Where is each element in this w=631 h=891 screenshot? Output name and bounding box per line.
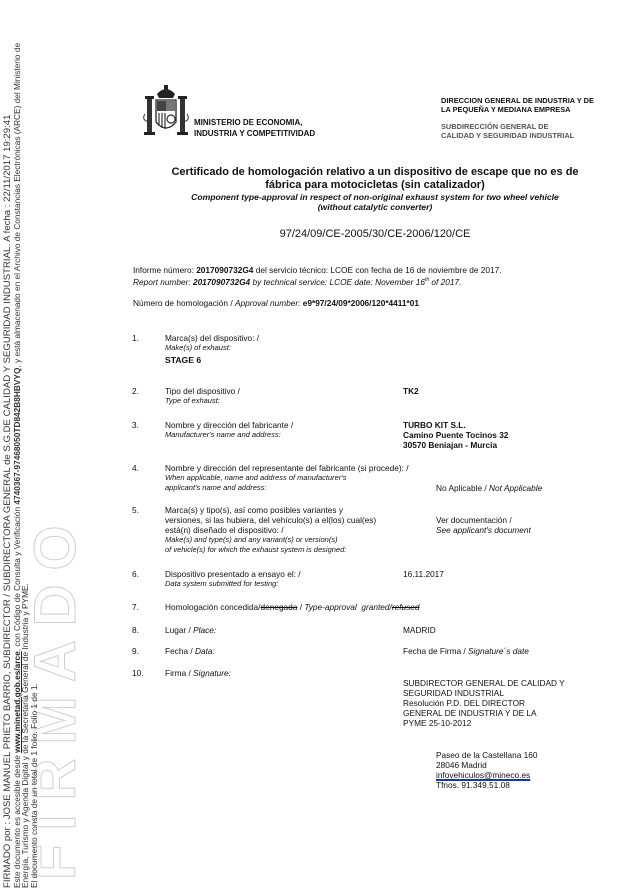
- approval-number: Número de homologación / Approval number…: [133, 298, 419, 308]
- address-line-1: Paseo de la Castellana 160: [436, 750, 537, 760]
- certificate-title-es: Certificado de homologación relativo a u…: [140, 166, 610, 192]
- signature-margin: FIRMADO FIRMADO por : JOSE MANUEL PRIETO…: [0, 0, 70, 891]
- sub-directorate: SUBDIRECCIÓN GENERAL DE CALIDAD Y SEGURI…: [441, 122, 574, 140]
- date-value: Fecha de Firma / Signature´s date: [403, 646, 529, 656]
- type-value: TK2: [403, 386, 419, 396]
- report-info: Informe número: 2017090732G4 del servici…: [133, 265, 502, 287]
- approval-number-value: e9*97/24/09*2006/120*4411*01: [303, 298, 419, 308]
- report-line-es: Informe número: 2017090732G4 del servici…: [133, 265, 502, 275]
- directorate-general: DIRECCION GENERAL DE INDUSTRIA Y DE LA P…: [441, 96, 594, 114]
- folio-line: El documento consta de un total de 1 fol…: [30, 43, 38, 888]
- test-date-value: 16.11.2017: [403, 569, 444, 579]
- coat-of-arms-icon: [143, 84, 189, 140]
- address-line-2: 28046 Madrid: [436, 760, 537, 770]
- report-line-en: Report number: 2017090732G4 by technical…: [133, 275, 502, 287]
- contact-block: Paseo de la Castellana 160 28046 Madrid …: [436, 750, 537, 790]
- vehicles-value: Ver documentación / See applicant's docu…: [436, 515, 531, 535]
- place-value: MADRID: [403, 625, 436, 635]
- signature-text: FIRMADO por : JOSE MANUEL PRIETO BARRIO,…: [3, 43, 38, 888]
- email-link[interactable]: infovehiculos@mineco.es: [436, 770, 537, 780]
- verification-code: 4740367-97468050TD842B8HBVYQ: [12, 368, 22, 505]
- make-value: STAGE 6: [165, 355, 259, 365]
- directive-reference: 97/24/09/CE-2005/30/CE-2006/120/CE: [140, 228, 610, 241]
- ministry-name: MINISTERIO DE ECONOMIA, INDUSTRIA Y COMP…: [194, 117, 315, 139]
- manufacturer-value: TURBO KIT S.L. Camino Puente Tocinos 32 …: [403, 420, 508, 450]
- signer-block: SUBDIRECTOR GENERAL DE CALIDAD Y SEGURID…: [403, 678, 565, 728]
- representative-value: No Aplicable / Not Applicable: [436, 483, 542, 493]
- phone: Tfnos. 91.349.51.08: [436, 780, 537, 790]
- certificate-title-en: Component type-approval in respect of no…: [140, 192, 610, 212]
